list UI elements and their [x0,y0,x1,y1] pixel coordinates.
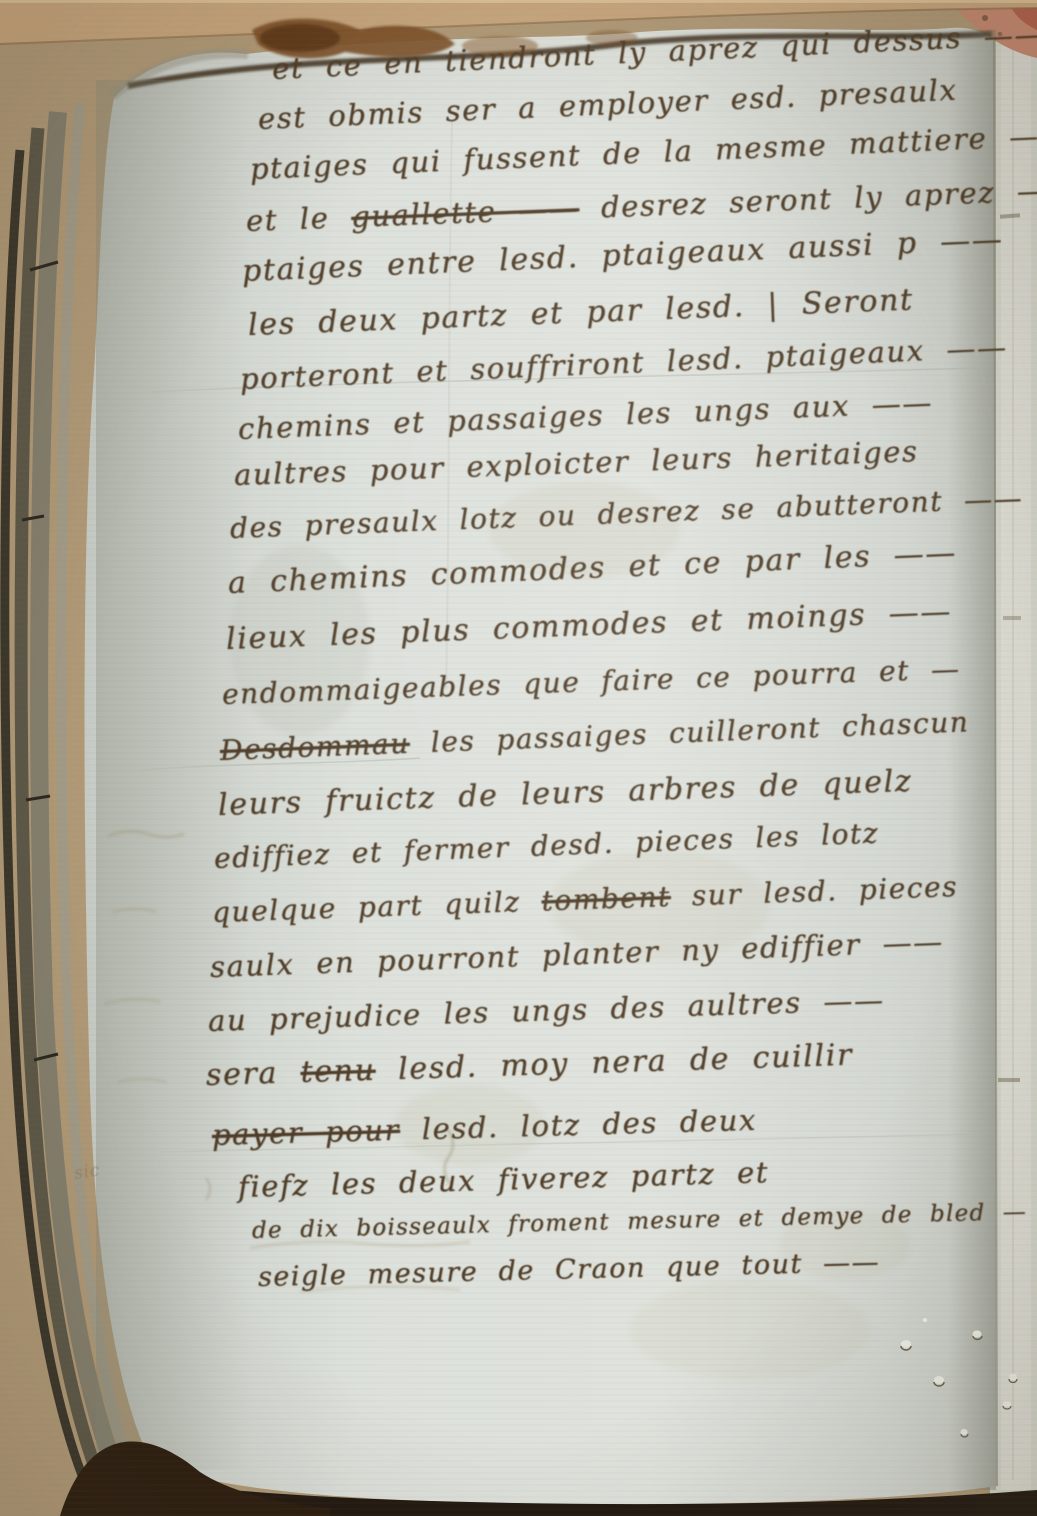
manuscript-page-art [0,0,1037,1516]
manuscript-photo: et ce en tiendront ly aprez qui dessus —… [0,0,1037,1516]
